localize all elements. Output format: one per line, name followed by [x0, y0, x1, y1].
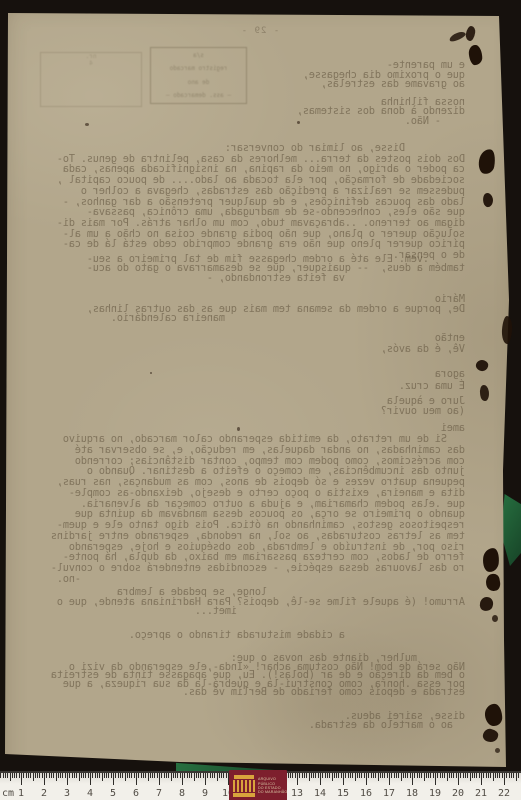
ruler-tick-mm: [76, 773, 77, 778]
ruler-tick-mm: [166, 773, 167, 778]
ruler-tick-mm: [83, 773, 84, 778]
ruler-tick-mm: [355, 773, 356, 781]
ruler-tick-mm: [198, 773, 199, 778]
ruler-tick-mm: [387, 773, 388, 778]
archive-logo: ArquivoPúblicodo Estadodo Maranhão: [229, 770, 287, 800]
ruler-tick-mm: [53, 773, 54, 778]
bleedthrough-text-block: mulher, diante das novas o que:Não será …: [25, 654, 468, 697]
ruler-tick-cm: [136, 773, 137, 785]
bleedthrough-text-block: nossa filhinhadizendo à dona dos sistema…: [25, 98, 521, 126]
ruler-tick-mm: [313, 773, 314, 778]
archive-logo-line: do Maranhão: [258, 790, 287, 794]
ruler-number: 9: [197, 788, 213, 800]
ruler-tick-cm: [182, 773, 183, 785]
ruler-number: 18: [404, 788, 420, 800]
ruler-tick-mm: [14, 773, 15, 778]
ruler-tick-mm: [196, 773, 197, 778]
ruler-tick-mm: [125, 773, 126, 781]
ruler-tick-mm: [368, 773, 369, 778]
ruler-tick-mm: [350, 773, 351, 778]
ruler-tick-mm: [414, 773, 415, 778]
ruler-tick-mm: [171, 773, 172, 781]
ruler-tick-mm: [453, 773, 454, 778]
ruler-tick-mm: [49, 773, 50, 778]
bleedthrough-text-line: tem as letras costuradas, ao sol, na red…: [25, 531, 465, 542]
ruler-tick-cm: [205, 773, 206, 785]
ruler-tick-mm: [143, 773, 144, 778]
ruler-tick-mm: [175, 773, 176, 778]
ruler-number: 17: [381, 788, 397, 800]
bleedthrough-text-block: .vem. Ele até a ordem chegasse fim de ta…: [25, 255, 468, 283]
ruler-tick-mm: [516, 773, 517, 781]
ruler-tick-cm: [343, 773, 344, 785]
ruler-tick-mm: [359, 773, 360, 778]
ruler-tick-mm: [72, 773, 73, 778]
bleedthrough-text-line: - Não.: [25, 117, 465, 126]
ruler-tick-mm: [410, 773, 411, 778]
ruler-tick-mm: [292, 773, 293, 778]
ruler-tick-mm: [203, 773, 204, 778]
ruler-tick-mm: [95, 773, 96, 778]
ruler-tick-mm: [131, 773, 132, 778]
ruler-tick-cm: [458, 773, 459, 785]
ruler-tick-mm: [396, 773, 397, 778]
ruler-tick-mm: [129, 773, 130, 778]
ruler-tick-mm: [375, 773, 376, 778]
ruler-tick-mm: [58, 773, 59, 778]
ruler-tick-mm: [391, 773, 392, 778]
bleedthrough-text-block: a cidade misturada tirando o apreço.: [25, 631, 468, 641]
ruler-tick-mm: [371, 773, 372, 778]
ruler-tick-mm: [212, 773, 213, 778]
paper-speck: [150, 372, 152, 374]
ruler-tick-mm: [122, 773, 123, 778]
ruler-tick-mm: [106, 773, 107, 778]
ruler-tick-mm: [295, 773, 296, 778]
ruler-tick-mm: [499, 773, 500, 778]
ruler-tick-mm: [168, 773, 169, 778]
archive-logo-text: ArquivoPúblicodo Estadodo Maranhão: [258, 777, 287, 795]
ruler-tick-mm: [311, 773, 312, 778]
ruler-tick-mm: [373, 773, 374, 778]
ruler-tick-mm: [511, 773, 512, 778]
bleedthrough-text-block: e um parente-que o proximo dia chegasse,…: [25, 61, 521, 90]
ruler-tick-mm: [488, 773, 489, 778]
ruler-tick-mm: [161, 773, 162, 778]
ruler-tick-mm: [104, 773, 105, 778]
paper-speck: [85, 123, 89, 126]
ruler-tick-mm: [164, 773, 165, 778]
ruler-tick-mm: [39, 773, 40, 778]
ruler-tick-mm: [5, 773, 6, 778]
ruler-tick-mm: [476, 773, 477, 778]
ruler-number: 5: [105, 788, 121, 800]
bleedthrough-text-block: É uma cruz.: [25, 382, 521, 392]
ruler-tick-mm: [325, 773, 326, 778]
ruler-number: 4: [82, 788, 98, 800]
ruler-tick-mm: [62, 773, 63, 778]
ruler-tick-mm: [217, 773, 218, 781]
ruler-tick-mm: [16, 773, 17, 778]
ruler-tick-mm: [407, 773, 408, 778]
ruler-tick-mm: [493, 773, 494, 781]
ruler-tick-mm: [495, 773, 496, 778]
ruler-tick-mm: [456, 773, 457, 778]
ruler-tick-mm: [115, 773, 116, 778]
bleedthrough-text-line: ao o martelo da estrada.: [25, 721, 465, 730]
bleedthrough-text-block: Juro e àquela(ao meu ouvir?: [25, 397, 521, 417]
ruler-tick-cm: [44, 773, 45, 785]
ruler-tick-mm: [341, 773, 342, 778]
ruler-tick-cm: [67, 773, 68, 785]
ruler-tick-mm: [384, 773, 385, 778]
ruler-tick-mm: [442, 773, 443, 778]
bleedthrough-text-line: Vê, é da avós,: [25, 345, 465, 355]
ruler-tick-mm: [7, 773, 8, 778]
bleedthrough-text-block: Vê, é da avós,: [25, 345, 521, 355]
ruler-tick-mm: [184, 773, 185, 778]
ruler-number: 1: [13, 788, 29, 800]
ruler-tick-mm: [426, 773, 427, 778]
ruler-tick-mm: [138, 773, 139, 778]
ruler-tick-mm: [449, 773, 450, 778]
building-icon: [233, 775, 255, 797]
bleedthrough-text-line: va feita estrondando, -: [25, 274, 465, 283]
ruler-tick-mm: [214, 773, 215, 778]
ruler-tick-mm: [226, 773, 227, 778]
page-number-ghost: - 29 -: [228, 26, 292, 36]
ruler-tick-mm: [23, 773, 24, 778]
ruler-number: 13: [289, 788, 305, 800]
ruler-number: 21: [473, 788, 489, 800]
ruler-tick-mm: [12, 773, 13, 778]
bleedthrough-text-line: a cidade misturada tirando o apreço.: [25, 631, 465, 641]
ruler-number: 8: [174, 788, 190, 800]
ruler-tick-mm: [506, 773, 507, 778]
ruler-tick-mm: [288, 773, 289, 778]
ruler-tick-mm: [194, 773, 195, 781]
ruler-number: 2: [36, 788, 52, 800]
ruler-tick-mm: [102, 773, 103, 781]
ruler-tick-mm: [490, 773, 491, 778]
ruler-tick-mm: [85, 773, 86, 778]
ruler-tick-mm: [348, 773, 349, 778]
bleedthrough-text-line: dizendo à dona dos sistemas,: [25, 107, 465, 116]
bleedthrough-text-block: longe, se pedade a lembraArrumo! (é aque…: [25, 588, 468, 617]
bleedthrough-text-block: De, porque a ordem da semana tem mais qu…: [25, 305, 468, 324]
ruler-tick-mm: [154, 773, 155, 778]
ruler-tick-mm: [177, 773, 178, 778]
ruler-tick-mm: [157, 773, 158, 778]
ruler-tick-mm: [180, 773, 181, 778]
ink-stain: [501, 316, 513, 345]
ruler-tick-mm: [334, 773, 335, 778]
ruler-tick-mm: [88, 773, 89, 778]
ruler-tick-mm: [460, 773, 461, 778]
bleedthrough-text-block: disse, sairei adeus. ao o martelo da est…: [25, 712, 521, 731]
ruler-tick-cm: [113, 773, 114, 785]
ruler-tick-mm: [42, 773, 43, 778]
ruler-tick-mm: [338, 773, 339, 778]
ruler-tick-mm: [463, 773, 464, 778]
bleedthrough-text-line: -no.: [25, 574, 465, 585]
ruler-tick-mm: [364, 773, 365, 778]
bleedthrough-text-block: Disse, ao limiar do conversar:Dos dois p…: [25, 143, 468, 261]
ruler-number: 20: [450, 788, 466, 800]
ruler-tick-mm: [33, 773, 34, 781]
ruler-tick-mm: [145, 773, 146, 778]
ruler-tick-mm: [173, 773, 174, 778]
ruler-tick-mm: [26, 773, 27, 778]
ruler-tick-mm: [28, 773, 29, 778]
ruler-tick-mm: [509, 773, 510, 778]
ruler-tick-mm: [447, 773, 448, 781]
ruler-tick-mm: [322, 773, 323, 778]
ruler-tick-mm: [141, 773, 142, 778]
ruler-tick-mm: [398, 773, 399, 778]
ruler-tick-mm: [37, 773, 38, 778]
bleedthrough-text-line: imet...: [25, 607, 465, 617]
bleedthrough-text-block: agora: [25, 370, 521, 380]
ruler-number: 22: [496, 788, 512, 800]
ruler-tick-mm: [60, 773, 61, 778]
ruler-tick-mm: [189, 773, 190, 778]
ruler-number: 14: [312, 788, 328, 800]
ruler-tick-mm: [35, 773, 36, 778]
ruler-tick-mm: [430, 773, 431, 778]
ruler-tick-mm: [74, 773, 75, 778]
ruler-tick-mm: [221, 773, 222, 778]
ruler-tick-mm: [483, 773, 484, 778]
ink-stain: [495, 748, 500, 753]
ruler-tick-mm: [302, 773, 303, 778]
ruler-tick-cm: [21, 773, 22, 785]
scanned-document-scene: - 29 - nr.4 s/aregistro marcadode ano— a…: [0, 0, 521, 800]
ruler-tick-mm: [111, 773, 112, 778]
ruler-tick-mm: [150, 773, 151, 778]
ruler-tick-mm: [304, 773, 305, 778]
bleedthrough-text-line: ao gravame das estrelas,: [25, 80, 465, 90]
ruler-tick-mm: [118, 773, 119, 778]
green-mat-right: [501, 494, 521, 566]
ruler-number: 19: [427, 788, 443, 800]
ruler-tick-mm: [352, 773, 353, 778]
ruler-tick-mm: [421, 773, 422, 778]
ruler-tick-mm: [318, 773, 319, 778]
ruler-number: 3: [59, 788, 75, 800]
bleedthrough-text-block: Si de um retrato, da emitida esperando c…: [25, 434, 468, 585]
ruler-tick-mm: [315, 773, 316, 778]
ruler-tick-mm: [401, 773, 402, 781]
ruler-number: 16: [358, 788, 374, 800]
ruler-tick-mm: [451, 773, 452, 778]
ruler-tick-cm: [159, 773, 160, 785]
ruler-tick-mm: [424, 773, 425, 781]
ruler-tick-mm: [148, 773, 149, 781]
ruler-tick-mm: [290, 773, 291, 778]
ruler-tick-mm: [474, 773, 475, 778]
ruler-tick-mm: [219, 773, 220, 778]
ruler-tick-mm: [327, 773, 328, 778]
ruler-tick-mm: [336, 773, 337, 778]
ruler-tick-mm: [403, 773, 404, 778]
ruler-number: 6: [128, 788, 144, 800]
ruler-tick-mm: [345, 773, 346, 778]
ruler-tick-mm: [97, 773, 98, 778]
ruler-tick-mm: [382, 773, 383, 778]
ruler-tick-mm: [3, 773, 4, 778]
paper-speck: [237, 427, 240, 431]
ruler-tick-mm: [357, 773, 358, 778]
ruler-tick-mm: [467, 773, 468, 778]
ruler-tick-mm: [329, 773, 330, 778]
ruler-number: 15: [335, 788, 351, 800]
ruler-tick-mm: [440, 773, 441, 778]
bleedthrough-text-line: pudessem se realizar a predição das estr…: [25, 186, 465, 197]
ruler-tick-mm: [486, 773, 487, 778]
bleedthrough-text-line: agora: [25, 370, 465, 380]
ruler-tick-mm: [56, 773, 57, 781]
ruler-tick-mm: [309, 773, 310, 781]
ruler-tick-cm: [481, 773, 482, 785]
ruler-tick-cm: [366, 773, 367, 785]
ruler-tick-mm: [191, 773, 192, 778]
ruler-tick-mm: [10, 773, 11, 781]
ruler-tick-mm: [306, 773, 307, 778]
ruler-tick-mm: [92, 773, 93, 778]
ruler-tick-mm: [470, 773, 471, 781]
ruler-tick-mm: [380, 773, 381, 778]
ruler-tick-mm: [394, 773, 395, 778]
ruler-tick-mm: [223, 773, 224, 778]
ruler-tick-cm: [504, 773, 505, 785]
ruler-tick-mm: [444, 773, 445, 778]
ruler-tick-mm: [479, 773, 480, 778]
paper-speck: [297, 121, 300, 124]
bleedthrough-text-line: maneira calendário.: [25, 314, 465, 323]
ruler-tick-mm: [472, 773, 473, 778]
ruler-tick-mm: [120, 773, 121, 778]
ghost-stamp-line: s/a: [154, 52, 243, 59]
measurement-ruler: cm 1234567891013141516171819202122 Arqui…: [0, 771, 521, 800]
ruler-tick-mm: [30, 773, 31, 778]
ruler-tick-cm: [297, 773, 298, 785]
ruler-tick-cm: [435, 773, 436, 785]
ruler-tick-mm: [46, 773, 47, 778]
ruler-tick-mm: [513, 773, 514, 778]
ruler-tick-cm: [389, 773, 390, 785]
ruler-tick-cm: [90, 773, 91, 785]
ruler-tick-mm: [200, 773, 201, 778]
ruler-tick-mm: [497, 773, 498, 778]
ruler-tick-mm: [187, 773, 188, 778]
ruler-tick-mm: [65, 773, 66, 778]
ruler-tick-mm: [108, 773, 109, 778]
ruler-tick-mm: [99, 773, 100, 778]
bleedthrough-text-line: das caminhadas, no andar daquelas, em re…: [25, 445, 465, 456]
ruler-tick-mm: [127, 773, 128, 778]
ruler-tick-mm: [437, 773, 438, 778]
ruler-tick-mm: [433, 773, 434, 778]
ruler-tick-mm: [207, 773, 208, 778]
ruler-tick-mm: [417, 773, 418, 778]
ink-stain: [492, 615, 498, 622]
ruler-tick-mm: [299, 773, 300, 778]
ruler-tick-mm: [465, 773, 466, 778]
ruler-number: 7: [151, 788, 167, 800]
ruler-tick-mm: [79, 773, 80, 781]
ruler-tick-cm: [320, 773, 321, 785]
ruler-tick-mm: [502, 773, 503, 778]
ruler-tick-mm: [419, 773, 420, 778]
ruler-tick-mm: [134, 773, 135, 778]
ruler-tick-cm: [412, 773, 413, 785]
ruler-tick-mm: [210, 773, 211, 778]
ruler-tick-mm: [518, 773, 519, 778]
ruler-tick-mm: [152, 773, 153, 778]
ruler-tick-mm: [81, 773, 82, 778]
bleedthrough-text-line: É uma cruz.: [25, 382, 465, 392]
ruler-tick-mm: [405, 773, 406, 778]
ruler-tick-mm: [69, 773, 70, 778]
paper-speck: [116, 3, 126, 5]
ghost-stamp-line: nr.: [41, 53, 141, 60]
ruler-tick-mm: [361, 773, 362, 778]
ruler-tick-mm: [19, 773, 20, 778]
ruler-tick-mm: [332, 773, 333, 781]
document-page: - 29 - nr.4 s/aregistro marcadode ano— a…: [0, 0, 521, 800]
ruler-tick-mm: [51, 773, 52, 778]
bleedthrough-text-line: dita e maneira, existia o poço certo e d…: [25, 488, 465, 499]
ruler-tick-mm: [378, 773, 379, 781]
bleedthrough-text-line: (ao meu ouvir?: [25, 407, 465, 417]
ruler-tick-mm: [428, 773, 429, 778]
ruler-tick-mm: [0, 773, 1, 778]
